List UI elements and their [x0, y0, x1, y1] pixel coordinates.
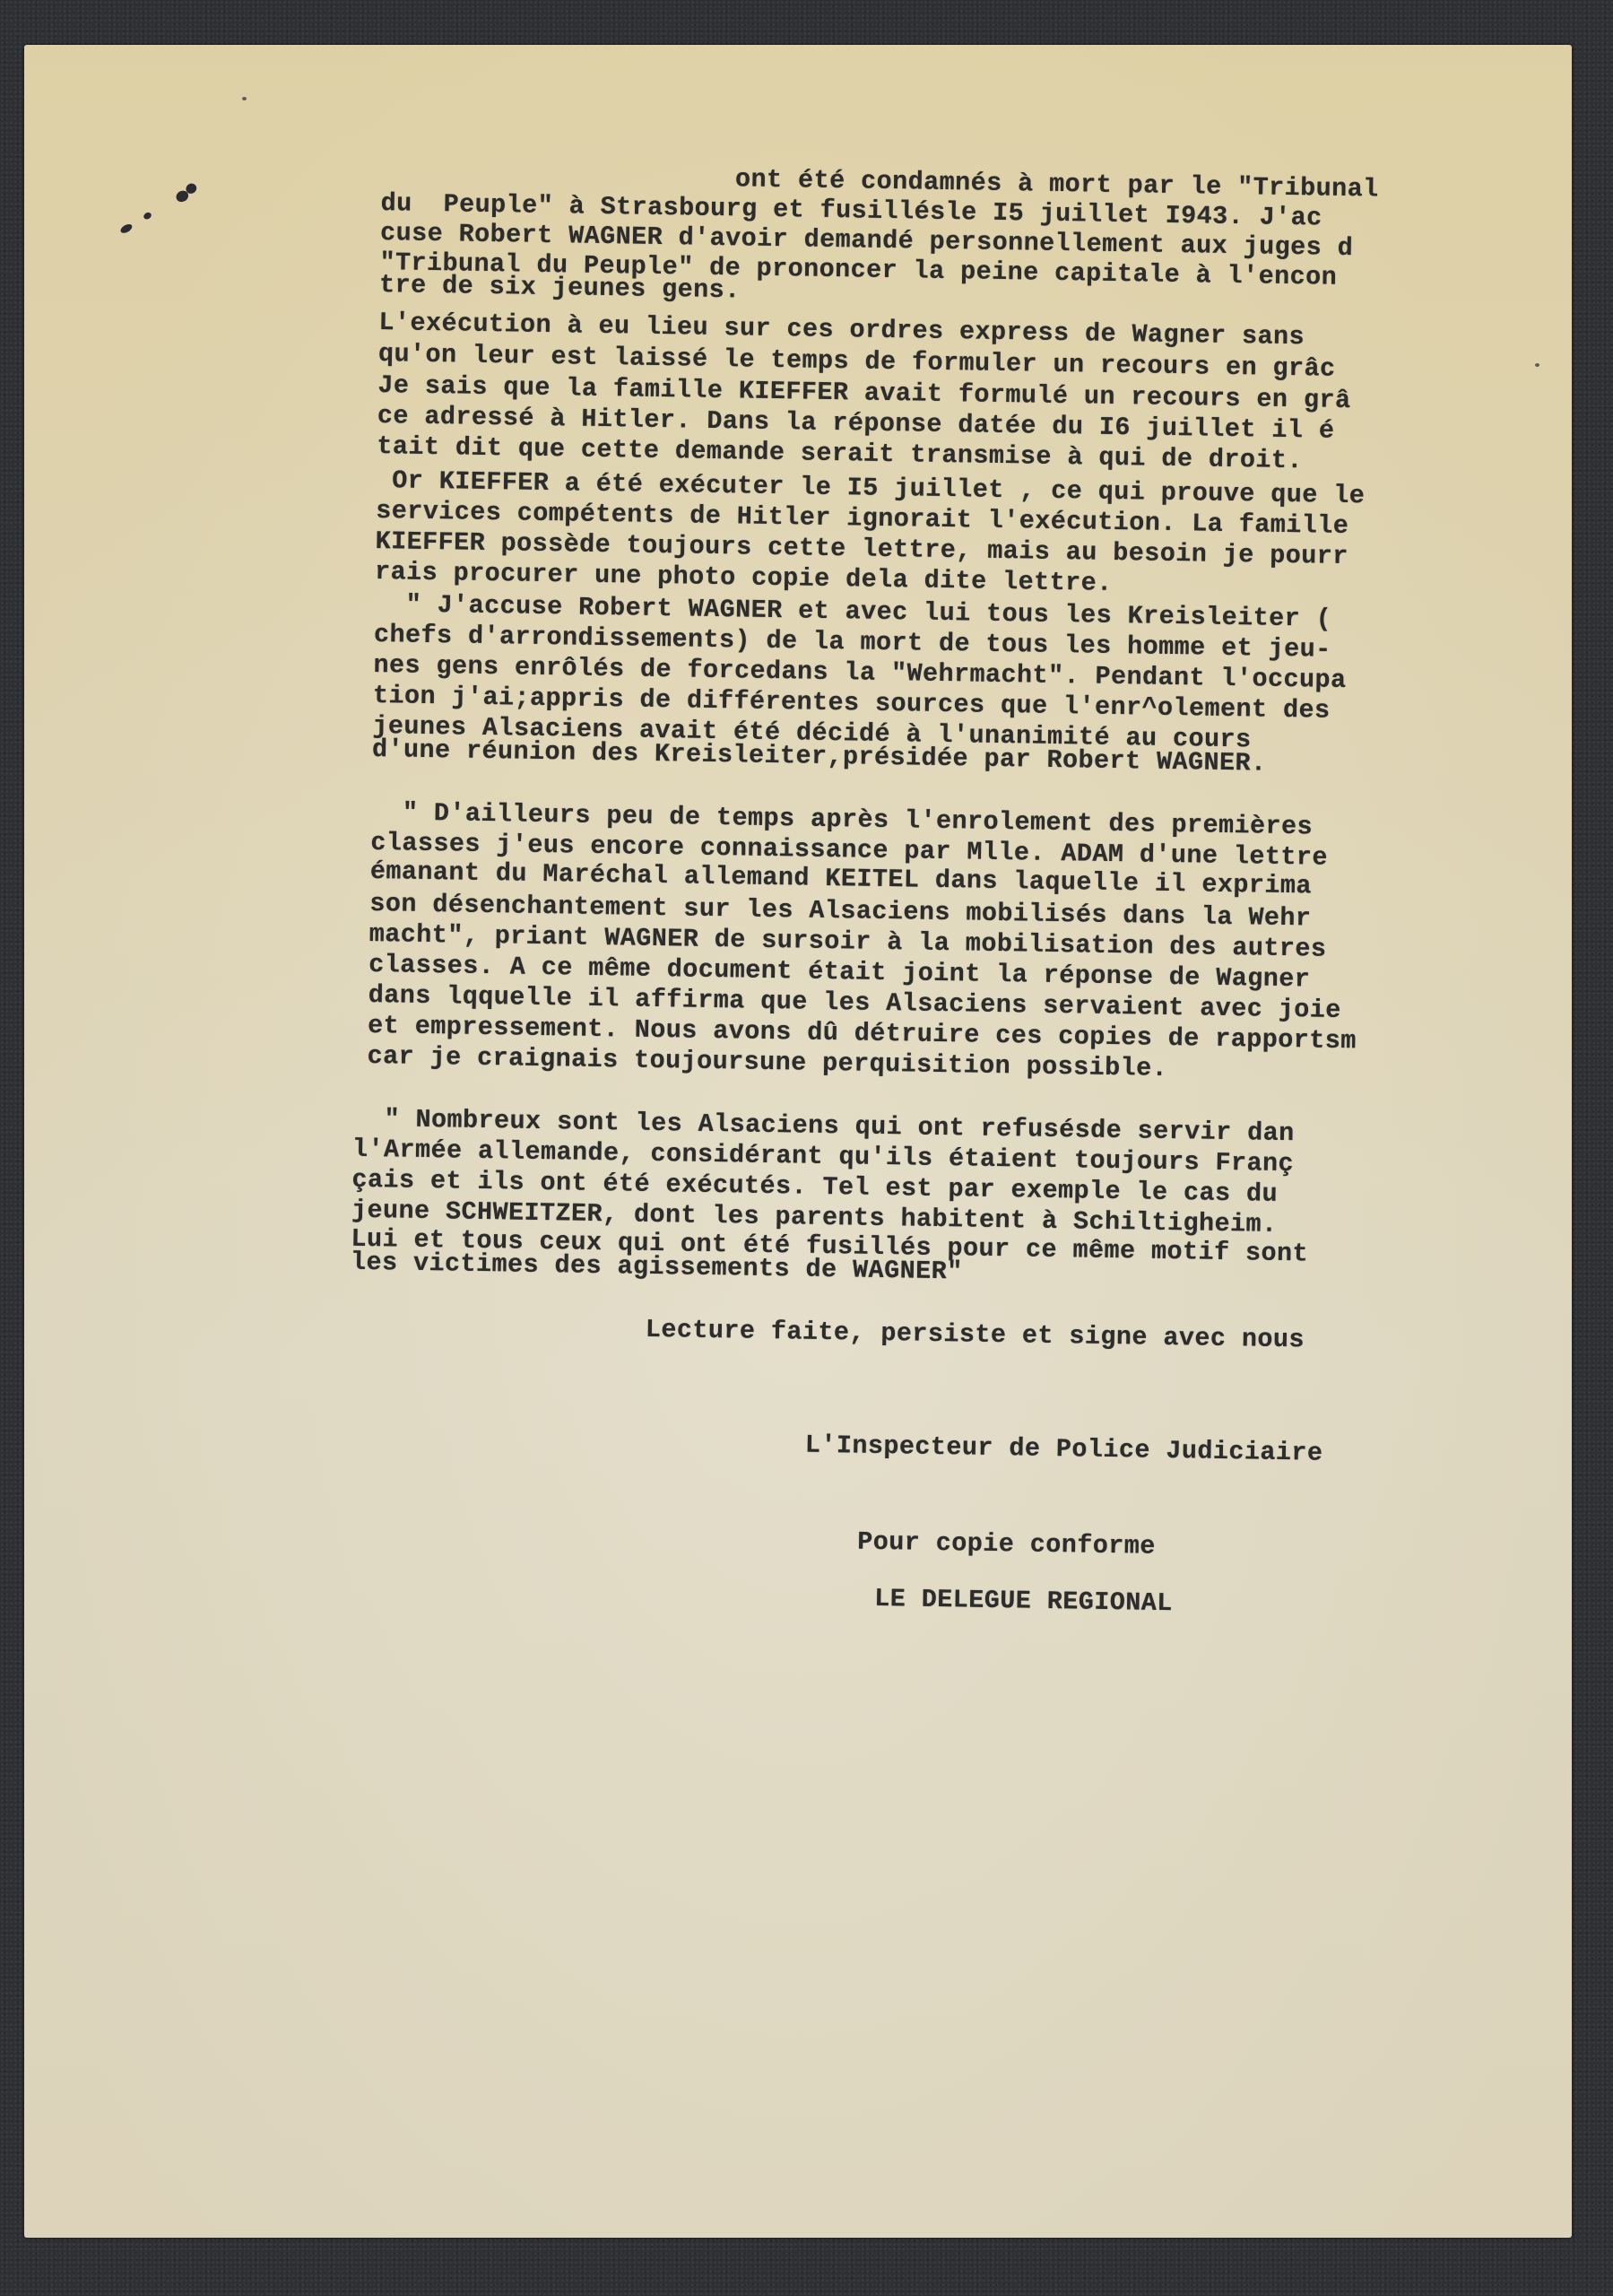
- certification-line: Pour copie conforme: [857, 1530, 1156, 1561]
- binding-hole-mark: [118, 178, 208, 235]
- paper-speck: [242, 97, 247, 100]
- text-line: tre de six jeunes gens.: [379, 273, 741, 304]
- paper-speck: [1535, 363, 1539, 367]
- certifier-title: LE DELEGUE REGIONAL: [874, 1587, 1173, 1617]
